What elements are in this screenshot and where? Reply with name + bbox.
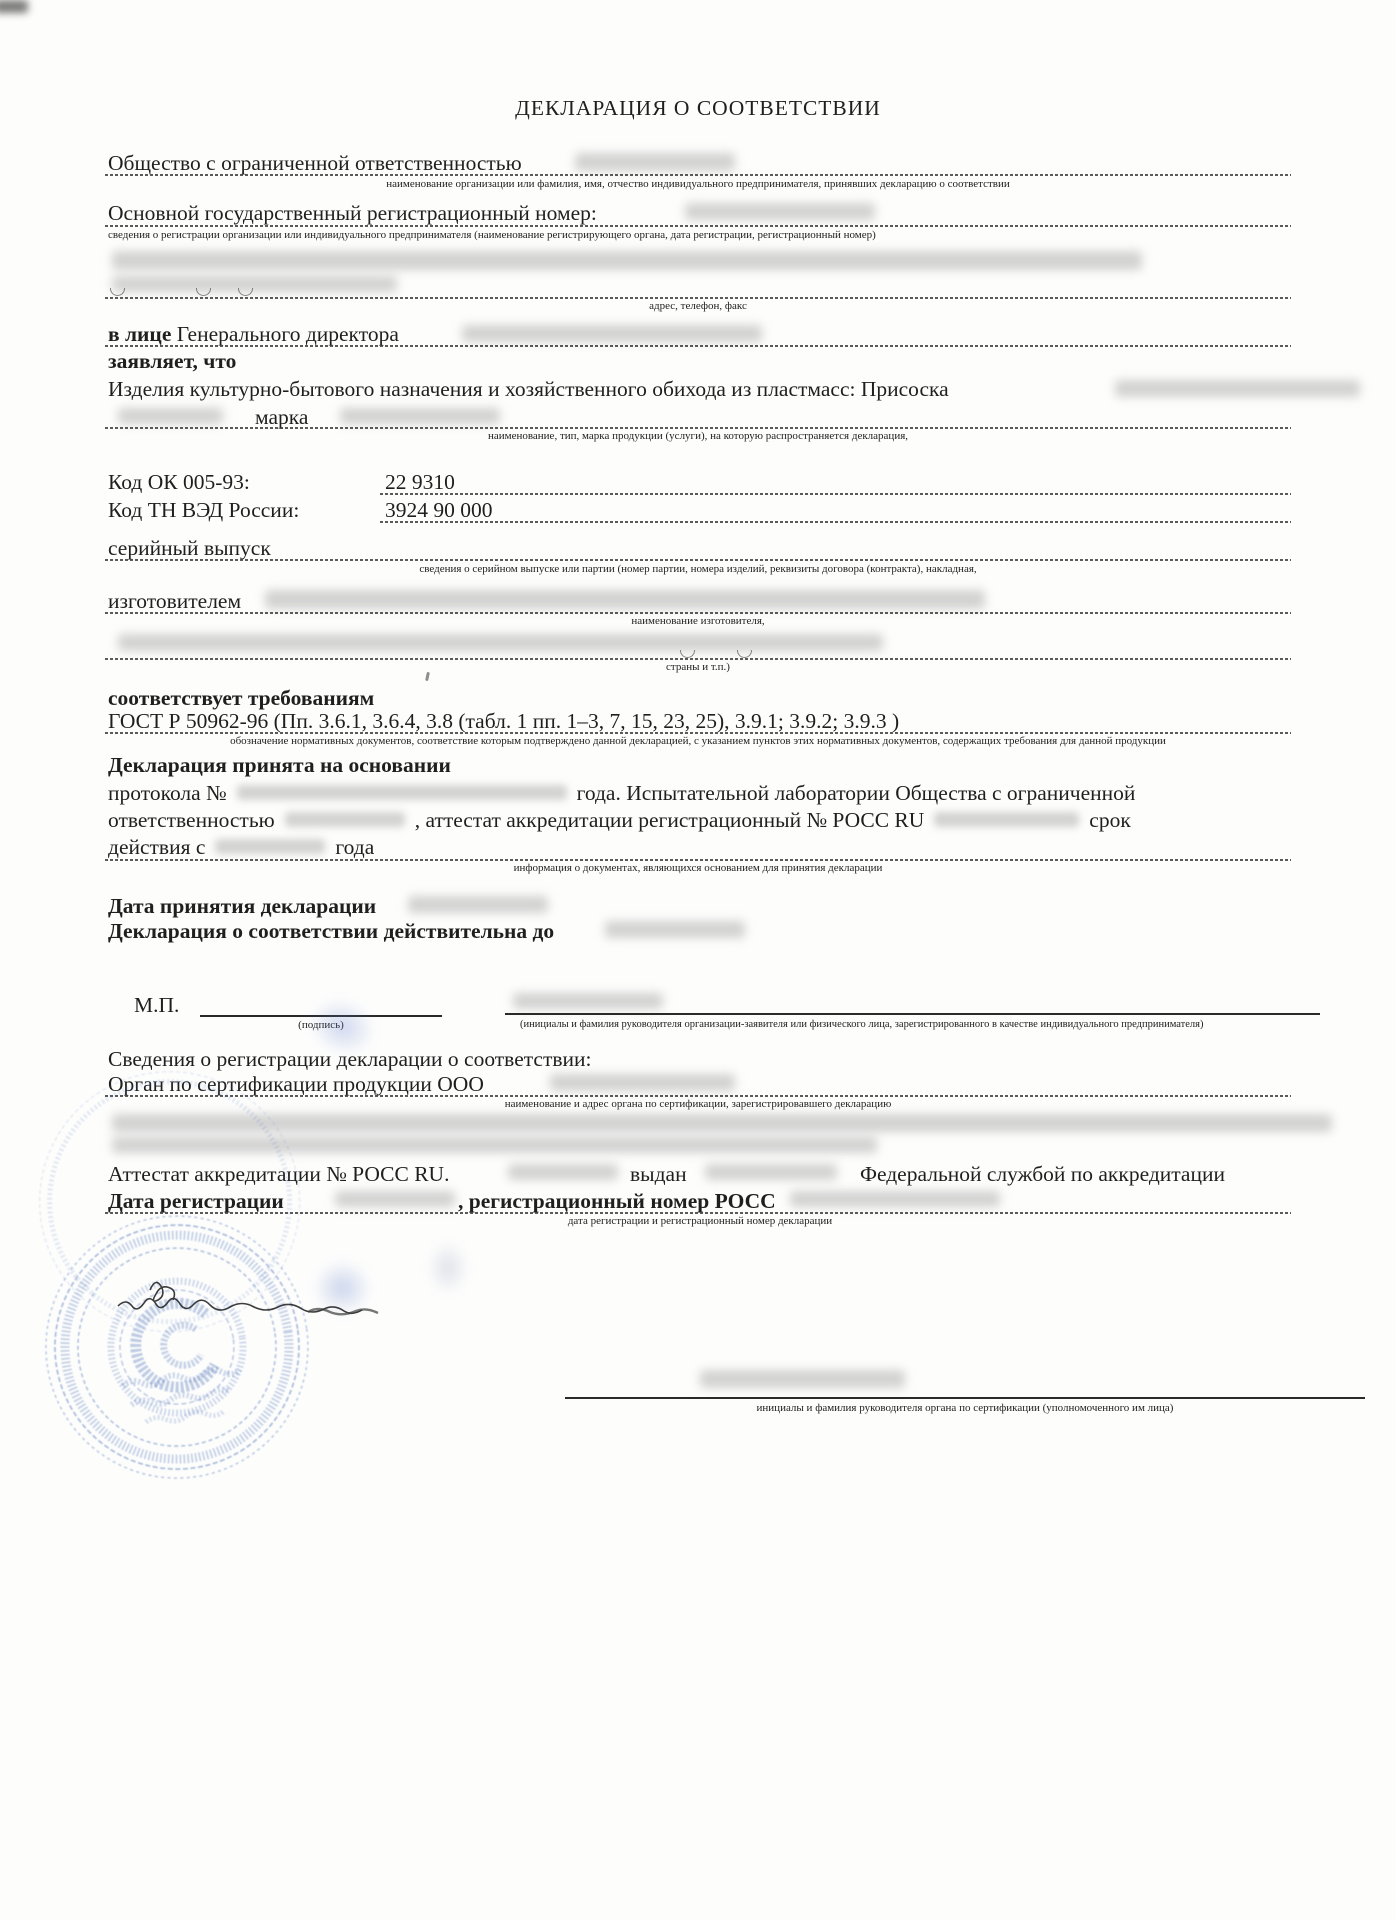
- form-line: [105, 658, 1291, 660]
- cert-body-caption: наименование и адрес органа по сертифика…: [105, 1098, 1291, 1111]
- code-ok-label: Код ОК 005-93:: [108, 469, 250, 495]
- redacted-date: [335, 1191, 455, 1207]
- basis-caption: информация о документах, являющихся осно…: [105, 862, 1291, 875]
- basis-line-1: протокола №года. Испытательной лаборатор…: [108, 780, 1135, 806]
- attestat-label: Аттестат аккредитации № РОСС RU.: [108, 1161, 449, 1187]
- resp-text: ответственностью: [108, 808, 275, 832]
- cert-head-caption: инициалы и фамилия руководителя органа п…: [565, 1402, 1365, 1415]
- pen-mark: [110, 288, 125, 296]
- product-description: Изделия культурно-бытового назначения и …: [108, 376, 949, 402]
- form-line: [105, 427, 1291, 429]
- redacted-address: [112, 251, 1142, 270]
- form-line: [105, 345, 1291, 347]
- scan-artifact: [0, 0, 28, 13]
- certification-stamp: [22, 1192, 333, 1503]
- head-caption: (инициалы и фамилия руководителя организ…: [520, 1018, 1204, 1031]
- issued-label: выдан: [630, 1161, 687, 1187]
- adoption-date-label: Дата принятия декларации: [108, 893, 376, 919]
- conformity-standard: ГОСТ Р 50962-96 (Пп. 3.6.1, 3.6.4, 3.8 (…: [108, 708, 899, 734]
- valid-until-label: Декларация о соответствии действительна …: [108, 918, 554, 944]
- basis-heading: Декларация принята на основании: [108, 752, 451, 778]
- form-line: [380, 493, 1291, 495]
- redacted-address: [112, 276, 397, 292]
- form-line: [380, 521, 1291, 523]
- redacted-date: [605, 921, 745, 938]
- redacted-number: [934, 812, 1079, 827]
- serial-caption: сведения о серийном выпуске или партии (…: [105, 563, 1291, 576]
- serial-text: серийный выпуск: [108, 535, 271, 561]
- declaration-document: ДЕКЛАРАЦИЯ О СООТВЕТСТВИИ Общество с огр…: [0, 0, 1396, 1920]
- form-line: [105, 1095, 1291, 1097]
- redacted-org-address: [112, 1137, 877, 1153]
- redacted-number: [790, 1191, 1000, 1207]
- pen-mark: [238, 288, 253, 296]
- redacted-head-name: [513, 993, 663, 1009]
- attestation-text: , аттестат аккредитации регистрационный …: [415, 808, 925, 832]
- applicant-org-type: Общество с ограниченной ответственностью: [108, 151, 522, 175]
- form-line: [105, 174, 1291, 176]
- in-face-label: в лице: [108, 322, 171, 346]
- mp-label: М.П.: [134, 992, 179, 1018]
- year-text: года: [335, 835, 374, 859]
- redacted-head-name: [700, 1370, 905, 1388]
- redacted-lab-name: [285, 812, 405, 827]
- declares-label: заявляет, что: [108, 348, 236, 374]
- pen-mark: [680, 650, 695, 658]
- basis-line-2: ответственностью, аттестат аккредитации …: [108, 807, 1131, 833]
- redacted-text: [118, 408, 223, 424]
- lab-text: года. Испытательной лаборатории Общества…: [577, 781, 1136, 805]
- protocol-label: протокола №: [108, 781, 227, 805]
- form-line: [105, 732, 1291, 734]
- redacted-org-address: [112, 1114, 1332, 1132]
- issuer-text: Федеральной службой по аккредитации: [860, 1161, 1225, 1187]
- redacted-number: [508, 1164, 618, 1180]
- basis-line-3: действия сгода: [108, 834, 374, 860]
- term-text: срок: [1089, 808, 1131, 832]
- manufacturer-label: изготовителем: [108, 588, 241, 614]
- redacted-org-name: [550, 1074, 735, 1091]
- redacted-country-address: [118, 634, 883, 651]
- pen-mark: [737, 650, 752, 658]
- signature-mark: [112, 1272, 442, 1332]
- manufacturer-caption: наименование изготовителя,: [105, 615, 1291, 628]
- product-caption: наименование, тип, марка продукции (услу…: [105, 430, 1291, 443]
- code-ok-value: 22 9310: [385, 469, 455, 495]
- in-face-role: Генерального директора: [177, 322, 399, 346]
- redacted-date: [705, 1164, 837, 1180]
- form-line: [105, 612, 1291, 614]
- address-caption: адрес, телефон, факс: [105, 300, 1291, 313]
- head-line: [505, 1013, 1320, 1015]
- applicant-org-line: Общество с ограниченной ответственностью: [108, 150, 522, 176]
- redacted-text: [340, 408, 500, 424]
- director-line: в лице Генерального директора: [108, 321, 399, 347]
- redacted-text: [685, 203, 875, 220]
- cert-head-line: [565, 1397, 1365, 1399]
- redacted-name: [462, 325, 762, 342]
- redacted-date: [408, 896, 548, 913]
- pen-mark: [425, 672, 430, 681]
- code-tnved-label: Код ТН ВЭД России:: [108, 497, 299, 523]
- ogrn-line: Основной государственный регистрационный…: [108, 200, 597, 226]
- applicant-org-caption: наименование организации или фамилия, им…: [105, 178, 1291, 191]
- form-line: [105, 297, 1291, 299]
- valid-from-text: действия с: [108, 835, 205, 859]
- form-line: [105, 859, 1291, 861]
- redacted-text: [1115, 380, 1360, 397]
- country-caption: страны и т.п.): [105, 661, 1291, 674]
- redacted-text: [575, 153, 735, 171]
- form-line: [105, 225, 1291, 227]
- document-title: ДЕКЛАРАЦИЯ О СООТВЕТСТВИИ: [0, 96, 1396, 121]
- pen-mark: [196, 288, 211, 296]
- reg-caption: дата регистрации и регистрационный номер…: [400, 1215, 1000, 1228]
- redacted-date: [215, 839, 325, 854]
- redacted-protocol: [237, 785, 567, 800]
- code-tnved-value: 3924 90 000: [385, 497, 493, 523]
- conformity-caption: обозначение нормативных документов, соот…: [105, 735, 1291, 748]
- redacted-manufacturer: [265, 590, 985, 609]
- ogrn-caption: сведения о регистрации организации или и…: [108, 229, 876, 242]
- ogrn-label: Основной государственный регистрационный…: [108, 201, 597, 225]
- reg-number-label: , регистрационный номер РОСС: [458, 1188, 776, 1214]
- form-line: [105, 559, 1291, 561]
